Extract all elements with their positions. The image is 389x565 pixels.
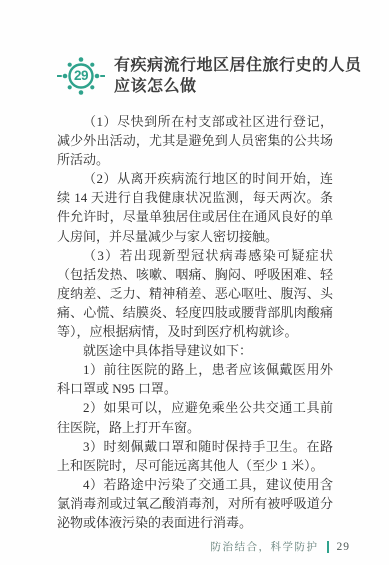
section-title: 有疾病流行地区居住旅行史的人员应该怎么做: [114, 55, 364, 97]
page-footer: 防治结合，科学防护 29: [211, 539, 351, 554]
section-title-line1: 有疾病流行地区居住旅行史的人员: [114, 57, 362, 74]
paragraph-8: 4）若路途中污染了交通工具，建议使用含氯消毒剂或过氧乙酸消毒剂，对所有被呼吸道分…: [57, 475, 333, 532]
paragraph-2: （2）从离开疾病流行地区的时间开始，连续 14 天进行自我健康状况监测，每天两次…: [57, 169, 333, 245]
paragraph-5: 1）前往医院的路上，患者应该佩戴医用外科口罩或 N95 口罩。: [57, 360, 333, 398]
paragraph-7: 3）时刻佩戴口罩和随时保持手卫生。在路上和医院时，尽可能远离其他人（至少 1 米…: [57, 437, 333, 475]
section-title-line2: 应该怎么做: [114, 78, 197, 95]
page-number: 29: [337, 541, 351, 553]
book-page: 29 有疾病流行地区居住旅行史的人员应该怎么做 （1）尽快到所在村支部或社区进行…: [0, 0, 389, 565]
footer-divider: [327, 541, 329, 553]
question-number: 29: [69, 54, 93, 98]
footer-slogan: 防治结合，科学防护: [211, 539, 319, 554]
paragraph-6: 2）如果可以，应避免乘坐公共交通工具前往医院，路上打开车窗。: [57, 398, 333, 436]
paragraph-3: （3）若出现新型冠状病毒感染可疑症状（包括发热、咳嗽、咽痛、胸闷、呼吸困难、轻度…: [57, 246, 333, 341]
body-text: （1）尽快到所在村支部或社区进行登记，减少外出活动，尤其是避免到人员密集的公共场…: [57, 112, 333, 532]
paragraph-4: 就医途中具体指导建议如下：: [57, 341, 333, 360]
paragraph-1: （1）尽快到所在村支部或社区进行登记，减少外出活动，尤其是避免到人员密集的公共场…: [57, 112, 333, 169]
virus-number-badge: 29: [57, 54, 105, 98]
